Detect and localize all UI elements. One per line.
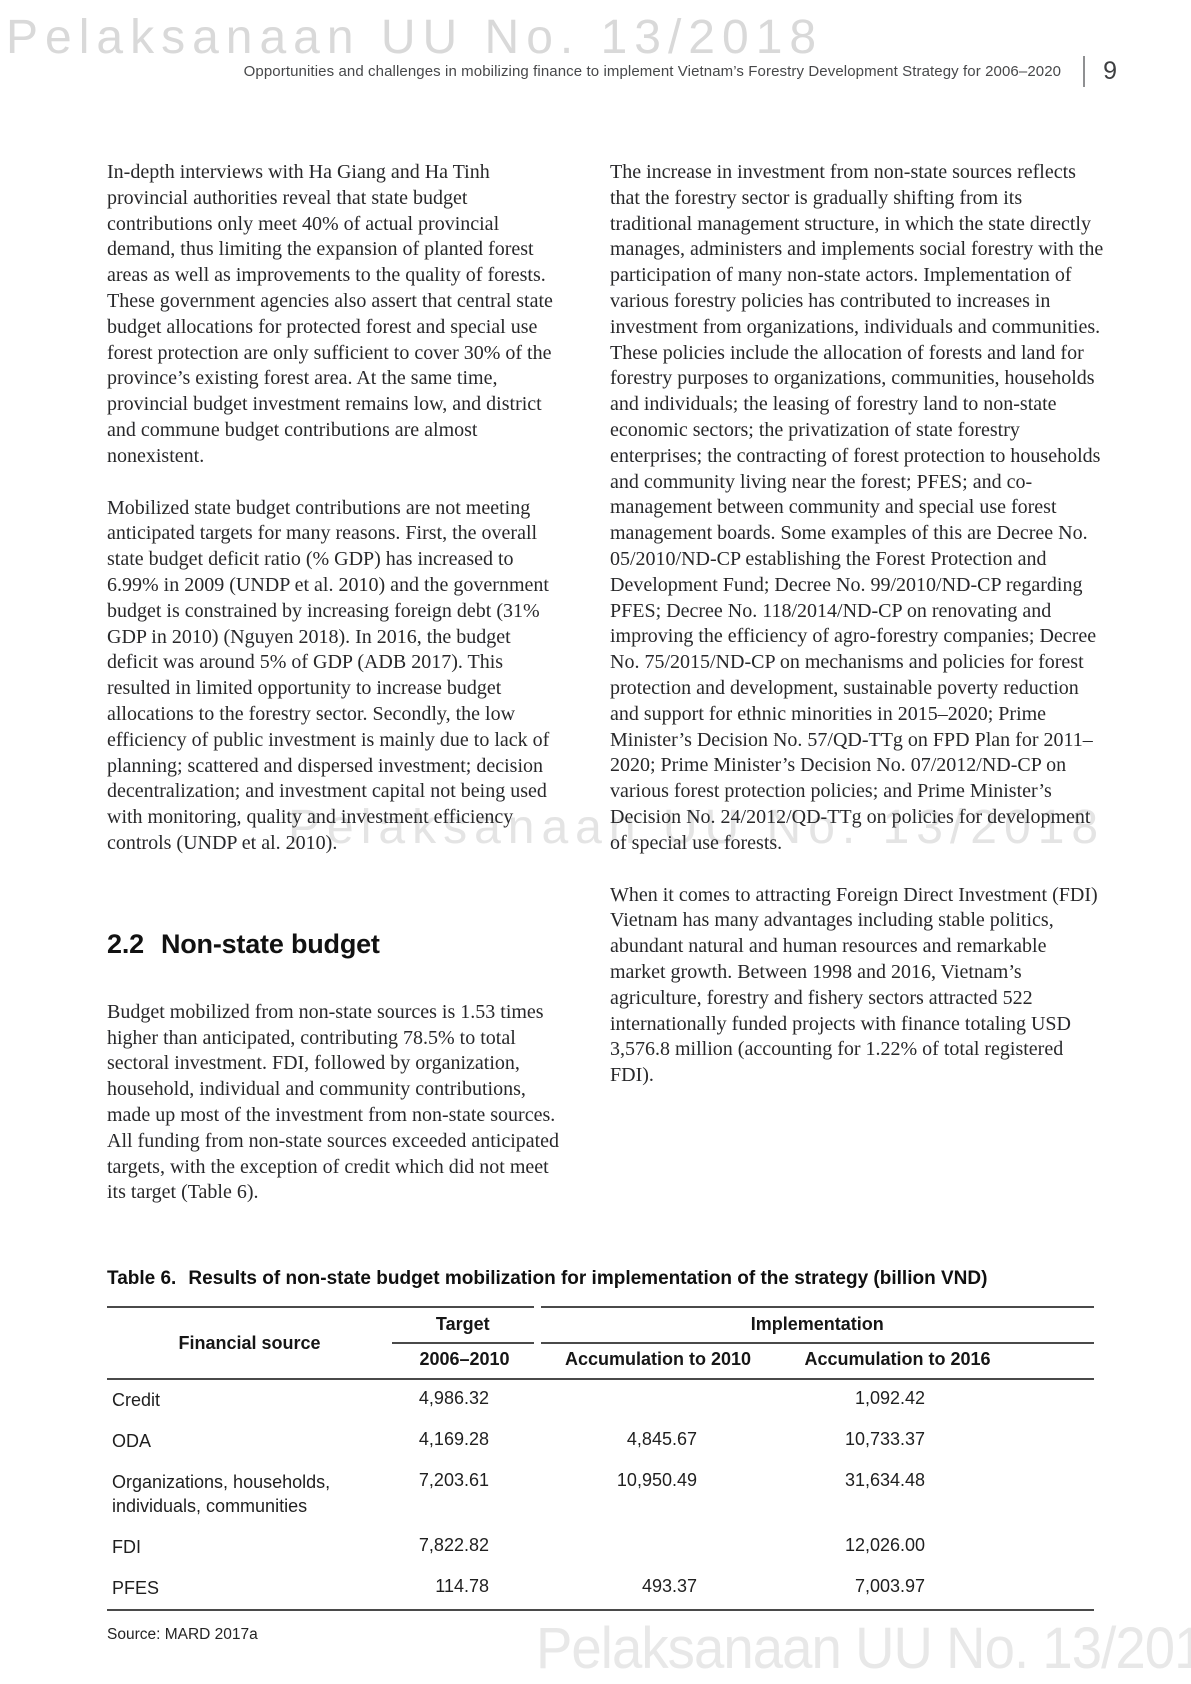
table6: Financial source Target Implementation 2… <box>107 1306 1094 1611</box>
row-label: ODA <box>107 1421 392 1462</box>
table6-block: Table 6.Results of non-state budget mobi… <box>107 1268 1094 1644</box>
table-row: FDI 7,822.82 12,026.00 <box>107 1527 1094 1568</box>
paragraph: In-depth interviews with Ha Giang and Ha… <box>107 160 565 470</box>
cell-accumulation-2016: 1,092.42 <box>779 1379 1094 1421</box>
row-label: FDI <box>107 1527 392 1568</box>
cell-target: 7,822.82 <box>392 1527 537 1568</box>
paper-page: Pelaksanaan UU No. 13/2018 Pelaksanaan U… <box>0 0 1191 1684</box>
row-label: Organizations, households, individuals, … <box>107 1462 392 1527</box>
cell-accumulation-2010 <box>537 1527 779 1568</box>
running-header: Opportunities and challenges in mobilizi… <box>107 56 1117 87</box>
right-column: The increase in investment from non-stat… <box>610 160 1105 1232</box>
table-row: ODA 4,169.28 4,845.67 10,733.37 <box>107 1421 1094 1462</box>
header-divider <box>1083 56 1085 87</box>
col-header-financial-source: Financial source <box>107 1307 392 1379</box>
table-header: Financial source Target Implementation 2… <box>107 1307 1094 1379</box>
left-column: In-depth interviews with Ha Giang and Ha… <box>107 160 565 1232</box>
cell-target: 4,986.32 <box>392 1379 537 1421</box>
paragraph: When it comes to attracting Foreign Dire… <box>610 883 1105 1089</box>
table-caption: Table 6.Results of non-state budget mobi… <box>107 1268 1094 1290</box>
row-label: Credit <box>107 1379 392 1421</box>
body-columns: In-depth interviews with Ha Giang and Ha… <box>107 160 1105 1232</box>
watermark-top: Pelaksanaan UU No. 13/2018 <box>6 14 823 62</box>
cell-accumulation-2010: 4,845.67 <box>537 1421 779 1462</box>
paragraph: Mobilized state budget contributions are… <box>107 496 565 857</box>
section-heading: 2.2Non-state budget <box>107 929 565 960</box>
table-row: Credit 4,986.32 1,092.42 <box>107 1379 1094 1421</box>
paragraph: Budget mobilized from non-state sources … <box>107 1000 565 1206</box>
cell-accumulation-2016: 7,003.97 <box>779 1568 1094 1610</box>
running-title: Opportunities and challenges in mobilizi… <box>244 63 1061 80</box>
table-caption-title: Results of non-state budget mobilization… <box>188 1268 987 1289</box>
table-caption-label: Table 6. <box>107 1268 176 1289</box>
cell-accumulation-2010 <box>537 1379 779 1421</box>
cell-target: 4,169.28 <box>392 1421 537 1462</box>
section-number: 2.2 <box>107 929 144 959</box>
cell-target: 7,203.61 <box>392 1462 537 1527</box>
table-row: Organizations, households, individuals, … <box>107 1462 1094 1527</box>
cell-accumulation-2016: 10,733.37 <box>779 1421 1094 1462</box>
col-header-accumulation-2016: Accumulation to 2016 <box>779 1343 1094 1379</box>
table-row: PFES 114.78 493.37 7,003.97 <box>107 1568 1094 1610</box>
row-label: PFES <box>107 1568 392 1610</box>
cell-accumulation-2010: 493.37 <box>537 1568 779 1610</box>
col-header-2006-2010: 2006–2010 <box>392 1343 537 1379</box>
paragraph: The increase in investment from non-stat… <box>610 160 1105 857</box>
page-number: 9 <box>1103 57 1117 86</box>
col-group-implementation: Implementation <box>537 1307 1094 1343</box>
col-header-accumulation-2010: Accumulation to 2010 <box>537 1343 779 1379</box>
cell-accumulation-2016: 31,634.48 <box>779 1462 1094 1527</box>
cell-accumulation-2010: 10,950.49 <box>537 1462 779 1527</box>
col-group-target: Target <box>392 1307 537 1343</box>
section-title: Non-state budget <box>161 929 380 959</box>
table-source-note: Source: MARD 2017a <box>107 1626 1094 1644</box>
cell-accumulation-2016: 12,026.00 <box>779 1527 1094 1568</box>
cell-target: 114.78 <box>392 1568 537 1610</box>
